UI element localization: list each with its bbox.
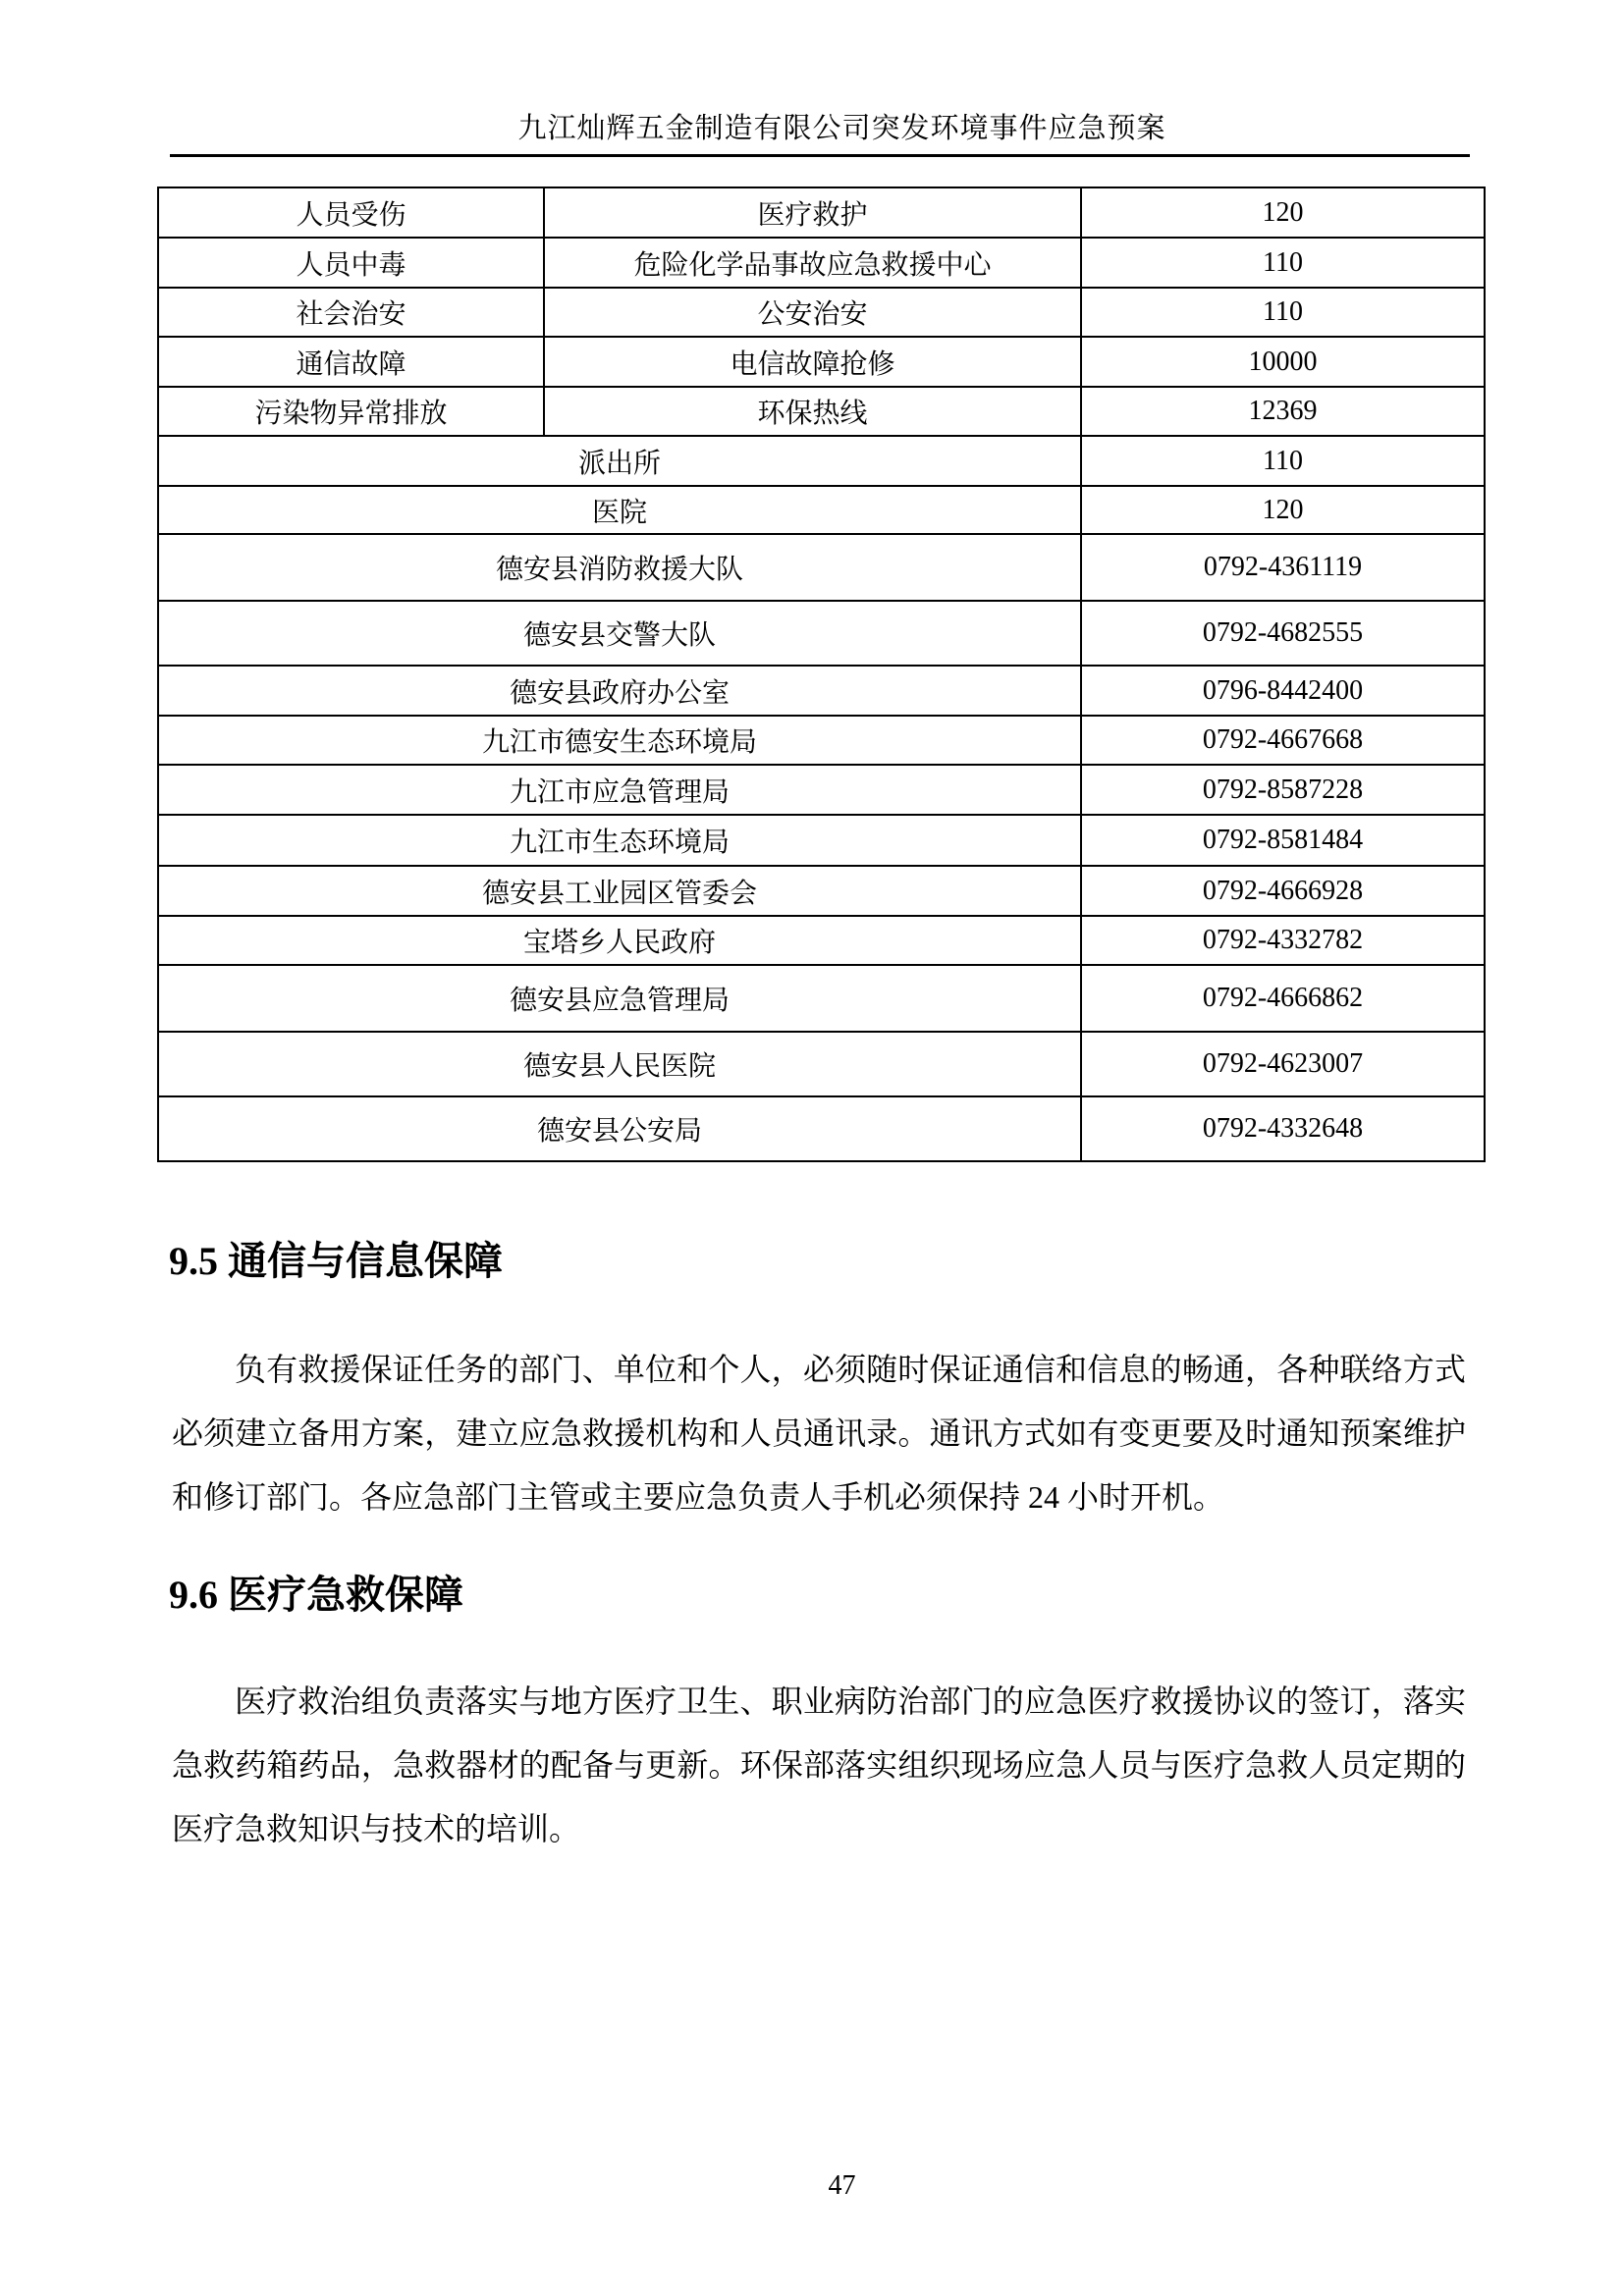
contact-name-cell: 人员受伤 bbox=[158, 187, 544, 238]
table-row: 德安县工业园区管委会0792-4666928 bbox=[158, 866, 1485, 916]
section-paragraph-9-5: 负有救援保证任务的部门、单位和个人，必须随时保证通信和信息的畅通，各种联络方式必… bbox=[172, 1338, 1466, 1529]
table-row: 德安县人民医院0792-4623007 bbox=[158, 1032, 1485, 1096]
contact-phone-cell: 0792-8587228 bbox=[1081, 765, 1485, 815]
section-heading-9-6: 9.6 医疗急救保障 bbox=[169, 1574, 463, 1617]
contact-phone-cell: 110 bbox=[1081, 238, 1485, 288]
contact-name-cell: 德安县公安局 bbox=[158, 1096, 1081, 1161]
contact-name-cell: 德安县应急管理局 bbox=[158, 965, 1081, 1032]
table-row: 通信故障电信故障抢修10000 bbox=[158, 337, 1485, 387]
contact-phone-cell: 0792-4361119 bbox=[1081, 534, 1485, 601]
contact-name-cell: 宝塔乡人民政府 bbox=[158, 916, 1081, 965]
table-row: 九江市生态环境局0792-8581484 bbox=[158, 815, 1485, 866]
contact-phone-cell: 0792-4666862 bbox=[1081, 965, 1485, 1032]
page-number: 47 bbox=[172, 2169, 1512, 2203]
table-row: 人员受伤医疗救护120 bbox=[158, 187, 1485, 238]
contact-name-cell: 危险化学品事故应急救援中心 bbox=[544, 238, 1081, 288]
contact-phone-cell: 120 bbox=[1081, 486, 1485, 534]
contact-name-cell: 电信故障抢修 bbox=[544, 337, 1081, 387]
contact-name-cell: 污染物异常排放 bbox=[158, 387, 544, 436]
contact-phone-cell: 0792-4666928 bbox=[1081, 866, 1485, 916]
table-row: 社会治安公安治安110 bbox=[158, 288, 1485, 337]
contact-phone-cell: 110 bbox=[1081, 436, 1485, 486]
contact-name-cell: 医疗救护 bbox=[544, 187, 1081, 238]
contact-phone-cell: 0796-8442400 bbox=[1081, 666, 1485, 716]
contact-name-cell: 派出所 bbox=[158, 436, 1081, 486]
contact-phone-cell: 110 bbox=[1081, 288, 1485, 337]
table-row: 德安县公安局0792-4332648 bbox=[158, 1096, 1485, 1161]
emergency-contact-table: 人员受伤医疗救护120人员中毒危险化学品事故应急救援中心110社会治安公安治安1… bbox=[157, 187, 1486, 1162]
contact-phone-cell: 12369 bbox=[1081, 387, 1485, 436]
contact-phone-cell: 120 bbox=[1081, 187, 1485, 238]
section-heading-9-5: 9.5 通信与信息保障 bbox=[169, 1240, 503, 1283]
table-row: 德安县政府办公室0796-8442400 bbox=[158, 666, 1485, 716]
contact-name-cell: 医院 bbox=[158, 486, 1081, 534]
contact-name-cell: 德安县交警大队 bbox=[158, 601, 1081, 666]
header-divider-rule bbox=[170, 154, 1470, 157]
contact-name-cell: 德安县政府办公室 bbox=[158, 666, 1081, 716]
contact-phone-cell: 0792-4623007 bbox=[1081, 1032, 1485, 1096]
section-paragraph-9-6: 医疗救治组负责落实与地方医疗卫生、职业病防治部门的应急医疗救援协议的签订，落实急… bbox=[172, 1670, 1466, 1861]
document-page: { "page": { "header_title": "九江灿辉五金制造有限公… bbox=[0, 0, 1624, 2296]
table-row: 医院120 bbox=[158, 486, 1485, 534]
table-row: 九江市德安生态环境局0792-4667668 bbox=[158, 716, 1485, 765]
table-row: 德安县应急管理局0792-4666862 bbox=[158, 965, 1485, 1032]
contact-phone-cell: 0792-4332782 bbox=[1081, 916, 1485, 965]
contact-phone-cell: 0792-8581484 bbox=[1081, 815, 1485, 866]
table-row: 德安县消防救援大队0792-4361119 bbox=[158, 534, 1485, 601]
contact-name-cell: 九江市德安生态环境局 bbox=[158, 716, 1081, 765]
contact-name-cell: 德安县消防救援大队 bbox=[158, 534, 1081, 601]
table-row: 污染物异常排放环保热线12369 bbox=[158, 387, 1485, 436]
contact-name-cell: 九江市应急管理局 bbox=[158, 765, 1081, 815]
contact-name-cell: 环保热线 bbox=[544, 387, 1081, 436]
contact-name-cell: 社会治安 bbox=[158, 288, 544, 337]
contact-phone-cell: 0792-4682555 bbox=[1081, 601, 1485, 666]
contact-name-cell: 人员中毒 bbox=[158, 238, 544, 288]
table-row: 派出所110 bbox=[158, 436, 1485, 486]
contact-name-cell: 公安治安 bbox=[544, 288, 1081, 337]
contact-phone-cell: 0792-4332648 bbox=[1081, 1096, 1485, 1161]
contact-name-cell: 德安县人民医院 bbox=[158, 1032, 1081, 1096]
contact-name-cell: 通信故障 bbox=[158, 337, 544, 387]
contact-name-cell: 九江市生态环境局 bbox=[158, 815, 1081, 866]
contact-phone-cell: 0792-4667668 bbox=[1081, 716, 1485, 765]
table-row: 宝塔乡人民政府0792-4332782 bbox=[158, 916, 1485, 965]
contact-phone-cell: 10000 bbox=[1081, 337, 1485, 387]
contact-name-cell: 德安县工业园区管委会 bbox=[158, 866, 1081, 916]
table-row: 德安县交警大队0792-4682555 bbox=[158, 601, 1485, 666]
table-row: 人员中毒危险化学品事故应急救援中心110 bbox=[158, 238, 1485, 288]
document-header-title: 九江灿辉五金制造有限公司突发环境事件应急预案 bbox=[172, 110, 1512, 147]
table-row: 九江市应急管理局0792-8587228 bbox=[158, 765, 1485, 815]
